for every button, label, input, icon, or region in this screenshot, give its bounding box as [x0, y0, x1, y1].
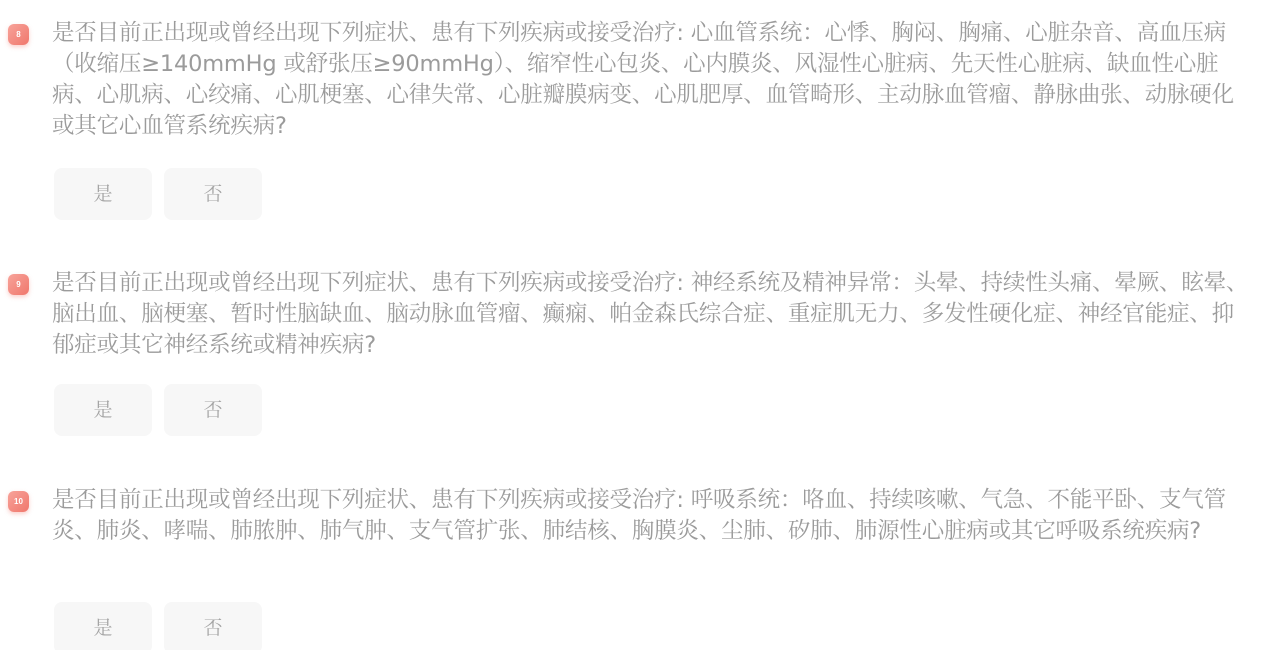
question-header: 9 是否目前正出现或曾经出现下列症状、患有下列疾病或接受治疗: 神经系统及精神异… [0, 268, 1269, 361]
question-text: 是否目前正出现或曾经出现下列症状、患有下列疾病或接受治疗: 心血管系统：心悸、胸… [52, 18, 1255, 142]
question-9: 9 是否目前正出现或曾经出现下列症状、患有下列疾病或接受治疗: 神经系统及精神异… [0, 268, 1269, 361]
answer-yes-button[interactable]: 是 [54, 602, 152, 650]
answer-yes-button[interactable]: 是 [54, 384, 152, 436]
answer-no-button[interactable]: 否 [164, 602, 262, 650]
answer-options: 是 否 [54, 602, 262, 650]
question-header: 10 是否目前正出现或曾经出现下列症状、患有下列疾病或接受治疗: 呼吸系统：咯血… [0, 485, 1269, 547]
question-text: 是否目前正出现或曾经出现下列症状、患有下列疾病或接受治疗: 神经系统及精神异常：… [52, 268, 1255, 361]
question-10: 10 是否目前正出现或曾经出现下列症状、患有下列疾病或接受治疗: 呼吸系统：咯血… [0, 485, 1269, 547]
answer-no-button[interactable]: 否 [164, 384, 262, 436]
question-text: 是否目前正出现或曾经出现下列症状、患有下列疾病或接受治疗: 呼吸系统：咯血、持续… [52, 485, 1255, 547]
question-number-badge: 9 [8, 274, 29, 295]
question-header: 8 是否目前正出现或曾经出现下列症状、患有下列疾病或接受治疗: 心血管系统：心悸… [0, 18, 1269, 142]
question-number-badge: 10 [8, 491, 29, 512]
answer-no-button[interactable]: 否 [164, 168, 262, 220]
answer-options: 是 否 [54, 168, 262, 220]
question-number-badge: 8 [8, 24, 29, 45]
answer-yes-button[interactable]: 是 [54, 168, 152, 220]
question-8: 8 是否目前正出现或曾经出现下列症状、患有下列疾病或接受治疗: 心血管系统：心悸… [0, 18, 1269, 142]
answer-options: 是 否 [54, 384, 262, 436]
